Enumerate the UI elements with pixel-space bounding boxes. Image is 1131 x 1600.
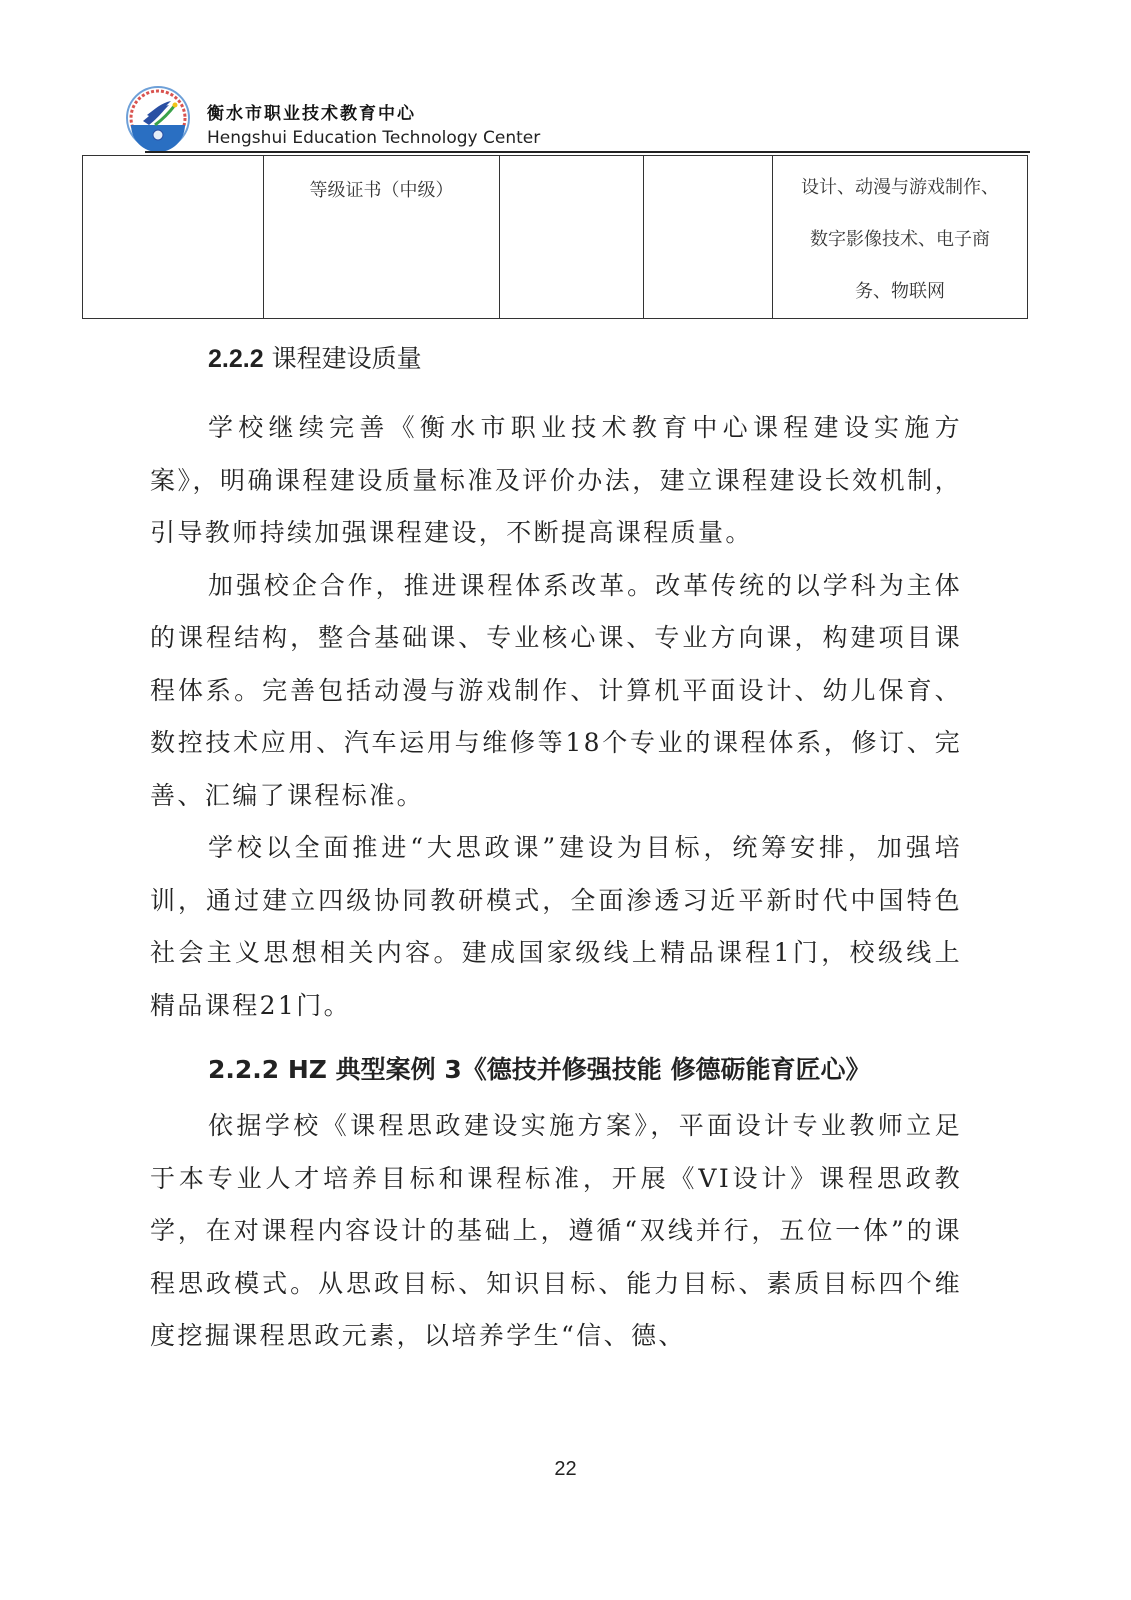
page-header: 衡水市职业技术教育中心 Hengshui Education Technolog… bbox=[125, 85, 1030, 155]
paragraph: 依据学校《课程思政建设实施方案》，平面设计专业教师立足于本专业人才培养目标和课程… bbox=[150, 1100, 962, 1363]
table-cell bbox=[500, 156, 644, 319]
section-heading-course-quality: 2.2.2 课程建设质量 bbox=[208, 330, 962, 388]
section-heading-case-study: 2.2.2 HZ 典型案例 3《德技并修强技能 修德砺能育匠心》 bbox=[208, 1040, 962, 1100]
body-content: 2.2.2 课程建设质量 学校继续完善《衡水市职业技术教育中心课程建设实施方案》… bbox=[150, 330, 962, 1363]
paragraph: 加强校企合作，推进课程体系改革。改革传统的以学科为主体的课程结构，整合基础课、专… bbox=[150, 560, 962, 823]
header-divider bbox=[145, 151, 1030, 153]
cell-line: 务、物联网 bbox=[773, 266, 1027, 318]
org-name-cn: 衡水市职业技术教育中心 bbox=[207, 99, 416, 124]
page-number: 22 bbox=[0, 1458, 1131, 1481]
org-name-en: Hengshui Education Technology Center bbox=[207, 128, 540, 148]
continued-table: 等级证书（中级） 设计、动漫与游戏制作、 数字影像技术、电子商 务、物联网 bbox=[82, 155, 1028, 319]
paragraph: 学校继续完善《衡水市职业技术教育中心课程建设实施方案》，明确课程建设质量标准及评… bbox=[150, 402, 962, 560]
cell-line: 数字影像技术、电子商 bbox=[773, 214, 1027, 266]
table-cell-majors: 设计、动漫与游戏制作、 数字影像技术、电子商 务、物联网 bbox=[773, 156, 1028, 319]
cell-line: 设计、动漫与游戏制作、 bbox=[773, 162, 1027, 214]
school-emblem-icon bbox=[125, 85, 191, 151]
document-page: 衡水市职业技术教育中心 Hengshui Education Technolog… bbox=[0, 0, 1131, 1600]
table-cell bbox=[83, 156, 264, 319]
heading-number: 2.2.2 bbox=[208, 345, 264, 373]
table-cell-certificate-level: 等级证书（中级） bbox=[264, 156, 500, 319]
table-cell bbox=[644, 156, 773, 319]
paragraph: 学校以全面推进“大思政课”建设为目标，统筹安排，加强培训，通过建立四级协同教研模… bbox=[150, 822, 962, 1032]
heading-text: 课程建设质量 bbox=[272, 344, 422, 373]
table-row: 等级证书（中级） 设计、动漫与游戏制作、 数字影像技术、电子商 务、物联网 bbox=[83, 156, 1028, 319]
